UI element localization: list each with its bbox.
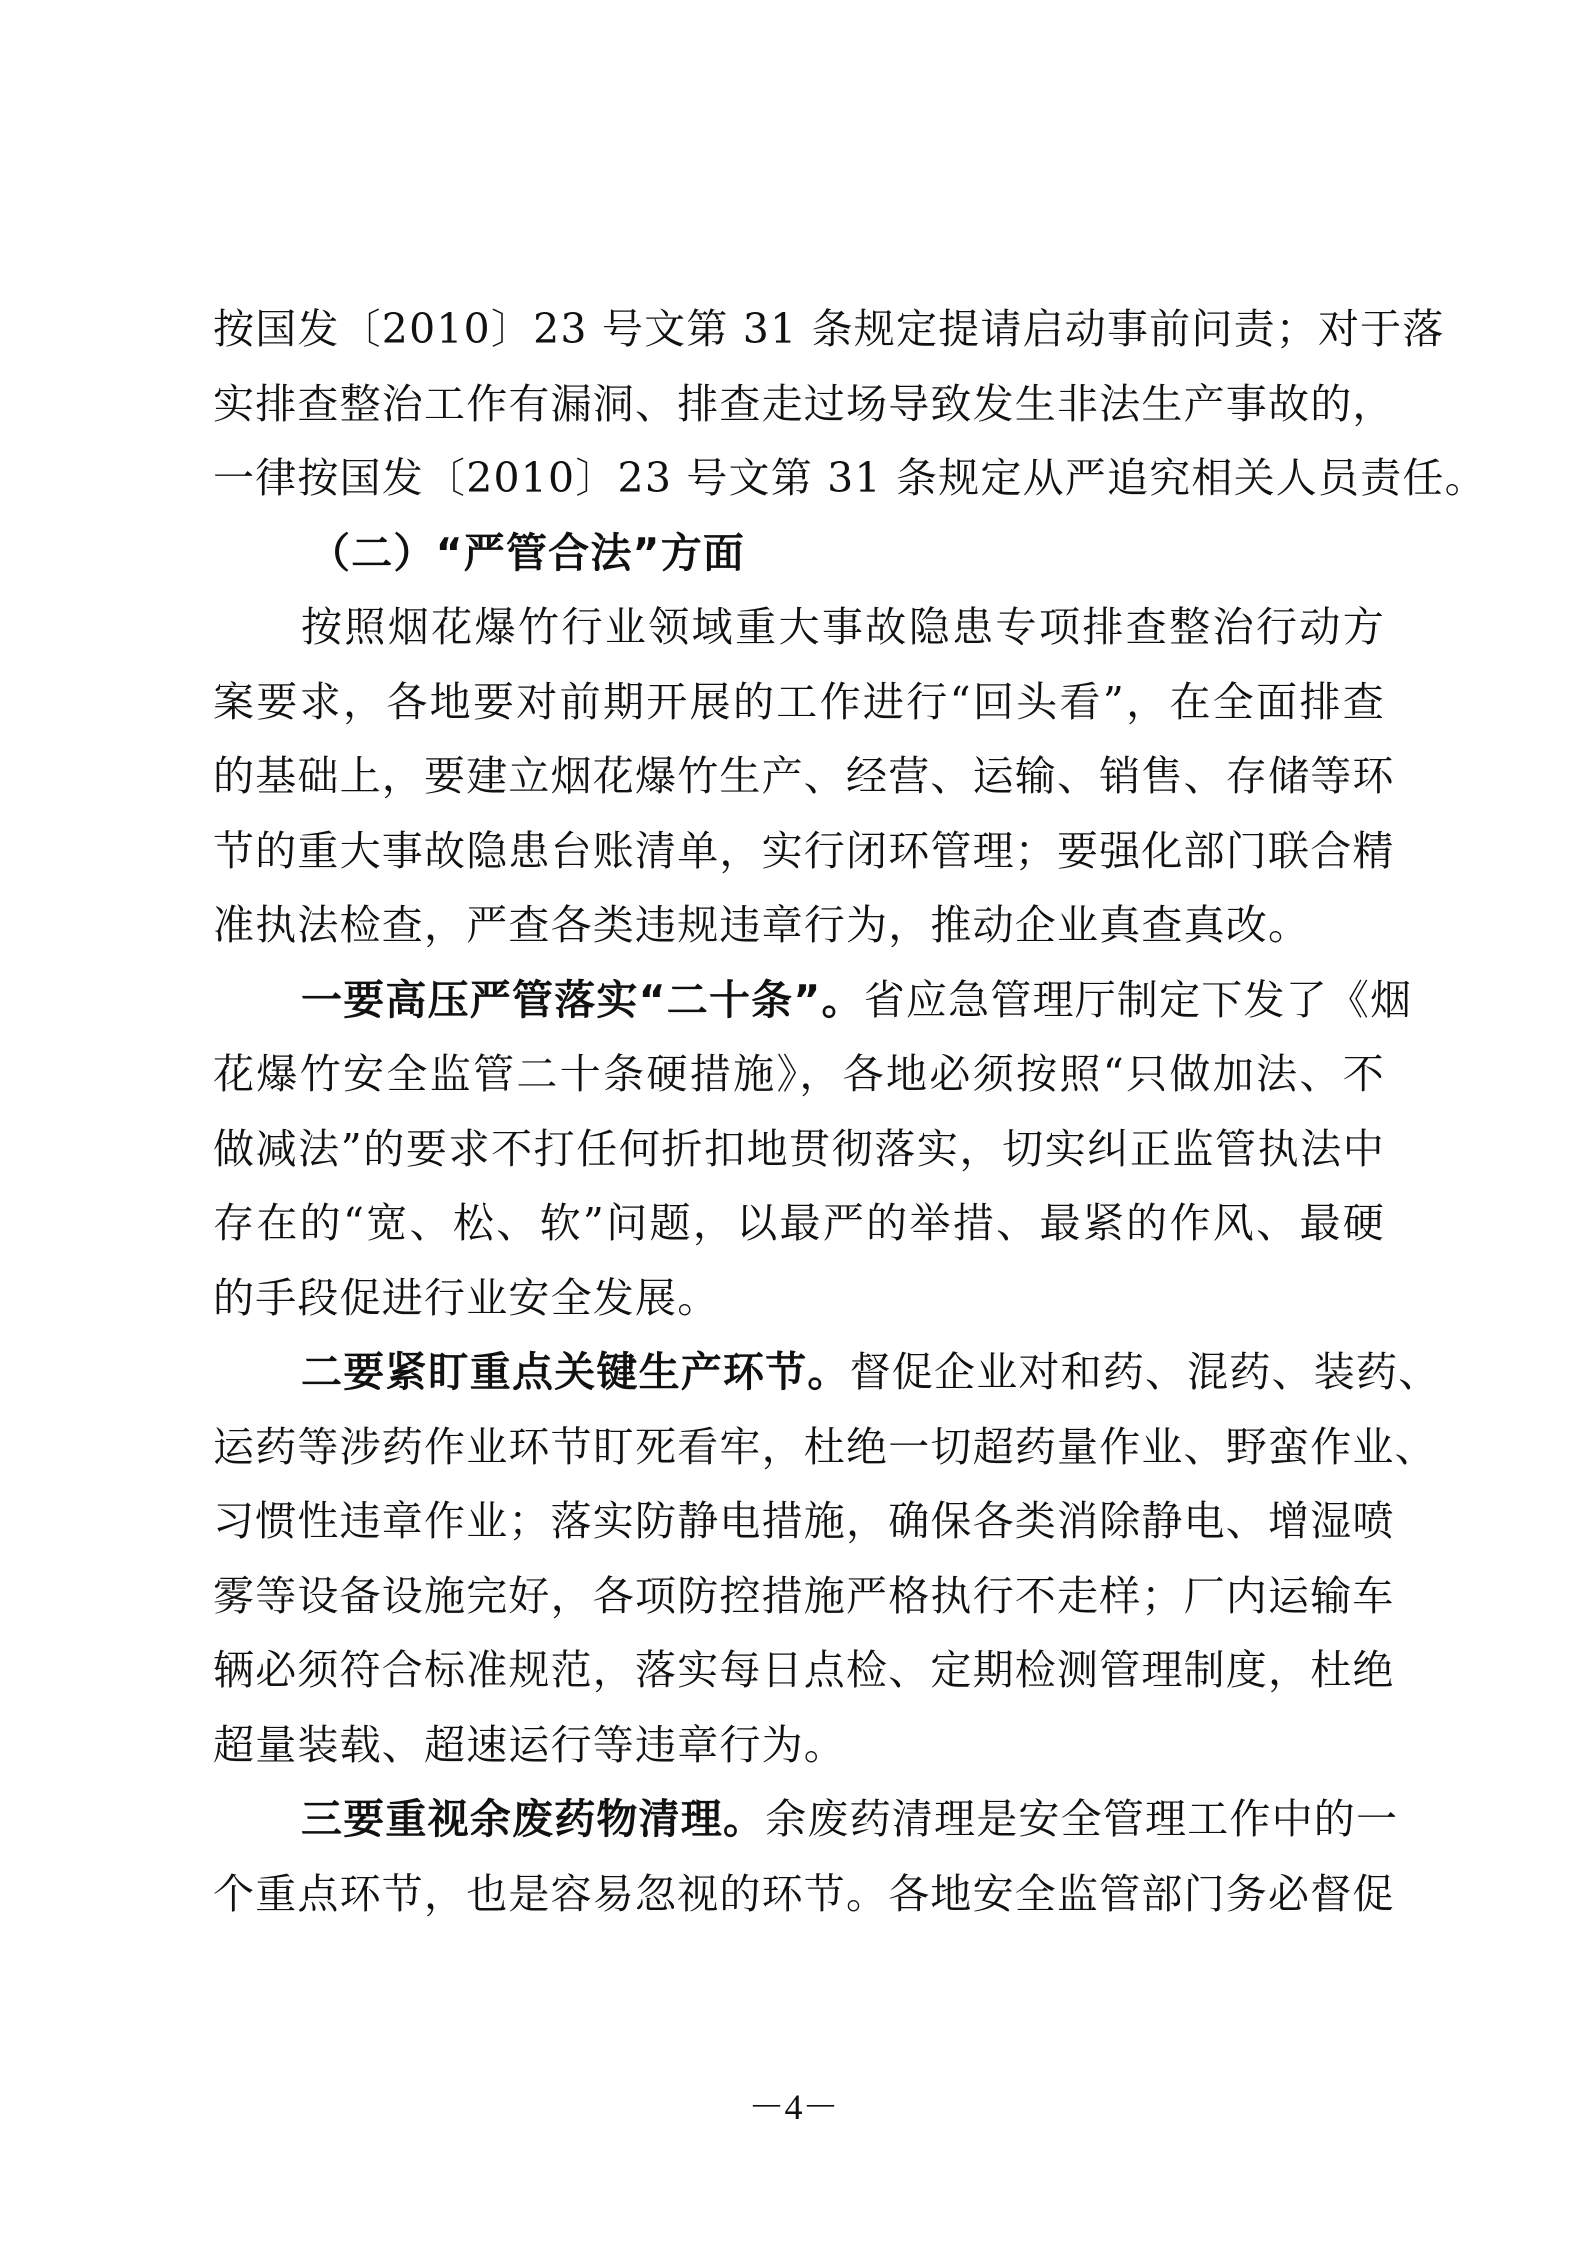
- text-line: 超量装载、超速运行等违章行为。: [213, 1708, 1385, 1783]
- text-line: 辆必须符合标准规范，落实每日点检、定期检测管理制度，杜绝: [213, 1633, 1385, 1708]
- body-text: 按国发〔2010〕23 号文第 31 条规定提请启动事前问责；对于落 实排查整治…: [213, 292, 1385, 1931]
- text-line: 雾等设备设施完好，各项防控措施严格执行不走样；厂内运输车: [213, 1559, 1385, 1634]
- text-line: 准执法检查，严查各类违规违章行为，推动企业真查真改。: [213, 888, 1385, 963]
- item-lead: 二要紧盯重点关键生产环节。: [301, 1348, 850, 1396]
- text-line: 的手段促进行业安全发展。: [213, 1261, 1385, 1336]
- text-line: 运药等涉药作业环节盯死看牢，杜绝一切超药量作业、野蛮作业、: [213, 1410, 1385, 1485]
- item-text: 余废药清理是安全管理工作中的一: [765, 1795, 1398, 1843]
- text-line: 个重点环节，也是容易忽视的环节。各地安全监管部门务必督促: [213, 1857, 1385, 1932]
- item-first-line: 三要重视余废药物清理。余废药清理是安全管理工作中的一: [213, 1782, 1385, 1857]
- item-text: 督促企业对和药、混药、装药、: [850, 1348, 1441, 1396]
- text-line: 做减法”的要求不打任何折扣地贯彻落实，切实纠正监管执法中: [213, 1112, 1385, 1187]
- text-line: 实排查整治工作有漏洞、排查走过场导致发生非法生产事故的，: [213, 367, 1385, 442]
- text-line: 节的重大事故隐患台账清单，实行闭环管理；要强化部门联合精: [213, 814, 1385, 889]
- text-line: 花爆竹安全监管二十条硬措施》，各地必须按照“只做加法、不: [213, 1037, 1385, 1112]
- text-line: 的基础上，要建立烟花爆竹生产、经营、运输、销售、存储等环: [213, 739, 1385, 814]
- text-line: 按国发〔2010〕23 号文第 31 条规定提请启动事前问责；对于落: [213, 292, 1385, 367]
- text-line: 习惯性违章作业；落实防静电措施，确保各类消除静电、增湿喷: [213, 1484, 1385, 1559]
- item-text: 省应急管理厅制定下发了《烟: [864, 976, 1413, 1024]
- text-line: 案要求，各地要对前期开展的工作进行“回头看”，在全面排查: [213, 665, 1385, 740]
- item-lead: 三要重视余废药物清理。: [301, 1795, 765, 1843]
- section-heading: （二）“严管合法”方面: [213, 516, 1385, 591]
- text-line: 按照烟花爆竹行业领域重大事故隐患专项排查整治行动方: [213, 590, 1385, 665]
- text-line: 一律按国发〔2010〕23 号文第 31 条规定从严追究相关人员责任。: [213, 441, 1385, 516]
- item-first-line: 一要高压严管落实“二十条”。省应急管理厅制定下发了《烟: [213, 963, 1385, 1038]
- document-page: 按国发〔2010〕23 号文第 31 条规定提请启动事前问责；对于落 实排查整治…: [0, 0, 1587, 2245]
- page-number: －4－: [0, 2085, 1587, 2129]
- item-first-line: 二要紧盯重点关键生产环节。督促企业对和药、混药、装药、: [213, 1335, 1385, 1410]
- item-lead: 一要高压严管落实“二十条”。: [301, 976, 864, 1024]
- text-line: 存在的“宽、松、软”问题，以最严的举措、最紧的作风、最硬: [213, 1186, 1385, 1261]
